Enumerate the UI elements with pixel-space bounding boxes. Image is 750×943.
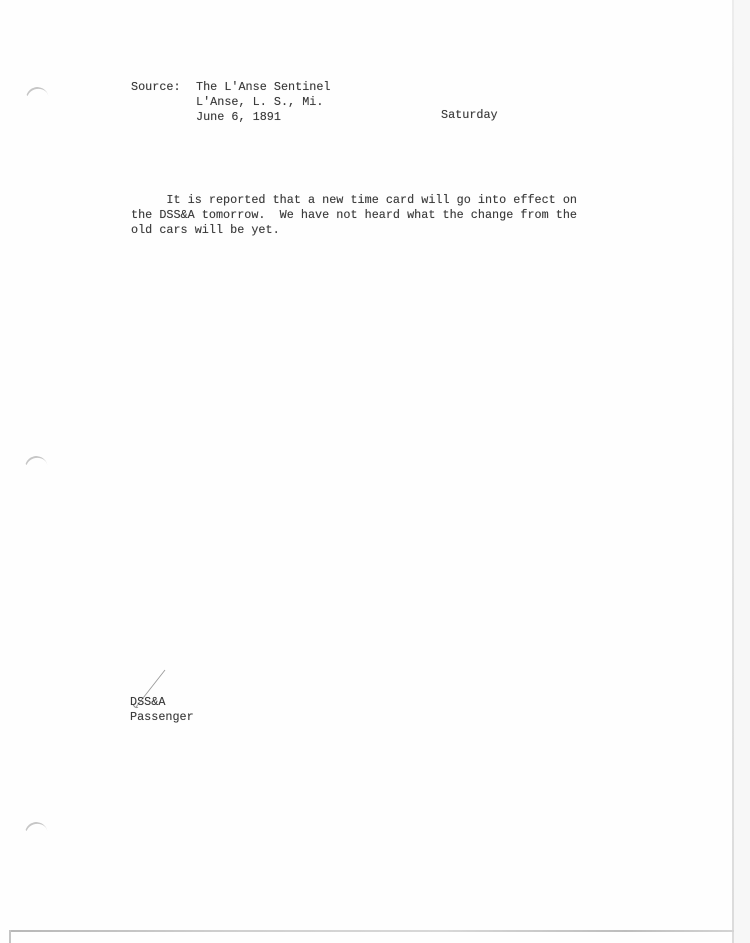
catalog-subcategory: Passenger [130, 710, 194, 724]
article-line: old cars will be yet. [131, 223, 280, 237]
publication-date: June 6, 1891 [196, 110, 281, 124]
article-line: It is reported that a new time card will… [131, 193, 577, 207]
punch-hole-mark [23, 84, 52, 114]
source-label: Source: [131, 80, 181, 95]
punch-hole-mark [22, 819, 51, 849]
scan-margin [734, 0, 750, 943]
publication-name: The L'Anse Sentinel [196, 80, 331, 94]
publication-location: L'Anse, L. S., Mi. [196, 95, 323, 109]
page-corner-mark [9, 930, 11, 943]
page-edge-right [732, 0, 734, 943]
page-edge-bottom [9, 930, 734, 932]
source-details: The L'Anse Sentinel L'Anse, L. S., Mi. J… [196, 80, 331, 125]
catalog-category: DSS&A [130, 695, 165, 709]
catalog-tag: DSS&A Passenger [130, 695, 194, 725]
weekday: Saturday [441, 108, 498, 123]
punch-hole-mark [22, 453, 51, 483]
article-body: It is reported that a new time card will… [131, 193, 577, 238]
article-line: the DSS&A tomorrow. We have not heard wh… [131, 208, 577, 222]
document-page: Source: The L'Anse Sentinel L'Anse, L. S… [0, 0, 750, 943]
